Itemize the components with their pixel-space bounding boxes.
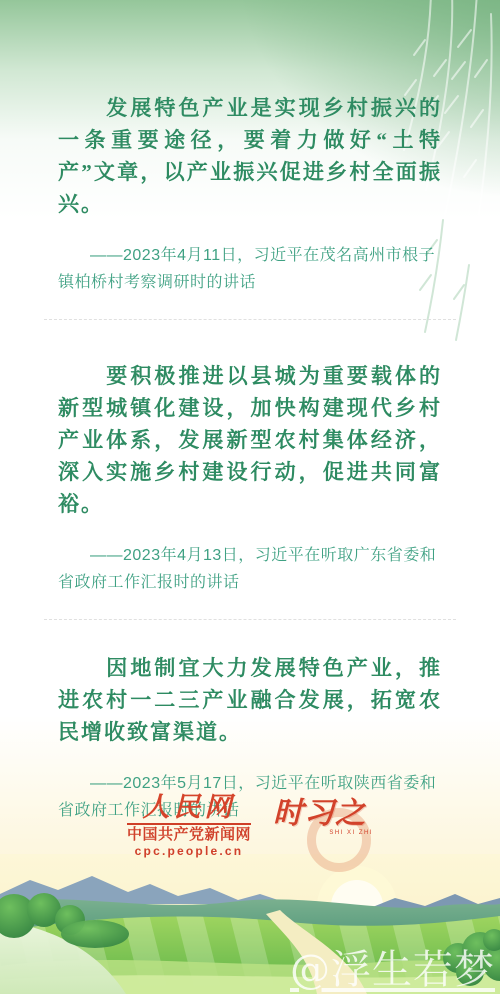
- poster: 发展特色产业是实现乡村振兴的一条重要途径，要着力做好“土特产”文章，以产业振兴促…: [0, 0, 500, 994]
- section-divider-2: [44, 619, 456, 620]
- shixizhi-logo-text: 时习之: [273, 798, 366, 830]
- quote-text-2: 要积极推进以县城为重要载体的新型城镇化建设，加快构建现代乡村产业体系，发展新型农…: [58, 360, 442, 520]
- quote-text-3: 因地制宜大力发展特色产业，推进农村一二三产业融合发展，拓宽农民增收致富渠道。: [58, 652, 442, 748]
- people-daily-logo: 人民网 中国共产党新闻网 cpc.people.cn: [127, 794, 251, 858]
- people-logo-script-icon: 人民网: [127, 794, 251, 822]
- quotes-section: 发展特色产业是实现乡村振兴的一条重要途径，要着力做好“土特产”文章，以产业振兴促…: [0, 0, 500, 824]
- quote-text-1: 发展特色产业是实现乡村振兴的一条重要途径，要着力做好“土特产”文章，以产业振兴促…: [58, 92, 442, 220]
- section-divider-1: [44, 319, 456, 320]
- watermark: @浮生若梦: [290, 948, 495, 992]
- quote-block-1: 发展特色产业是实现乡村振兴的一条重要途径，要着力做好“土特产”文章，以产业振兴促…: [58, 92, 442, 296]
- footer-logos: 人民网 中国共产党新闻网 cpc.people.cn 时习之 SHI XI ZH…: [0, 794, 500, 858]
- quote-attribution-1: ——2023年4月11日，习近平在茂名高州市根子镇柏桥村考察调研时的讲话: [58, 242, 442, 296]
- quote-block-2: 要积极推进以县城为重要载体的新型城镇化建设，加快构建现代乡村产业体系，发展新型农…: [58, 360, 442, 596]
- people-logo-url: cpc.people.cn: [127, 844, 251, 858]
- people-logo-subtitle: 中国共产党新闻网: [127, 827, 251, 843]
- shixizhi-logo-pinyin: SHI XI ZHI: [273, 830, 373, 837]
- quote-attribution-2: ——2023年4月13日，习近平在听取广东省委和省政府工作汇报时的讲话: [58, 542, 442, 596]
- people-logo-rule: [127, 823, 251, 825]
- shixizhi-logo: 时习之 SHI XI ZHI: [273, 794, 373, 837]
